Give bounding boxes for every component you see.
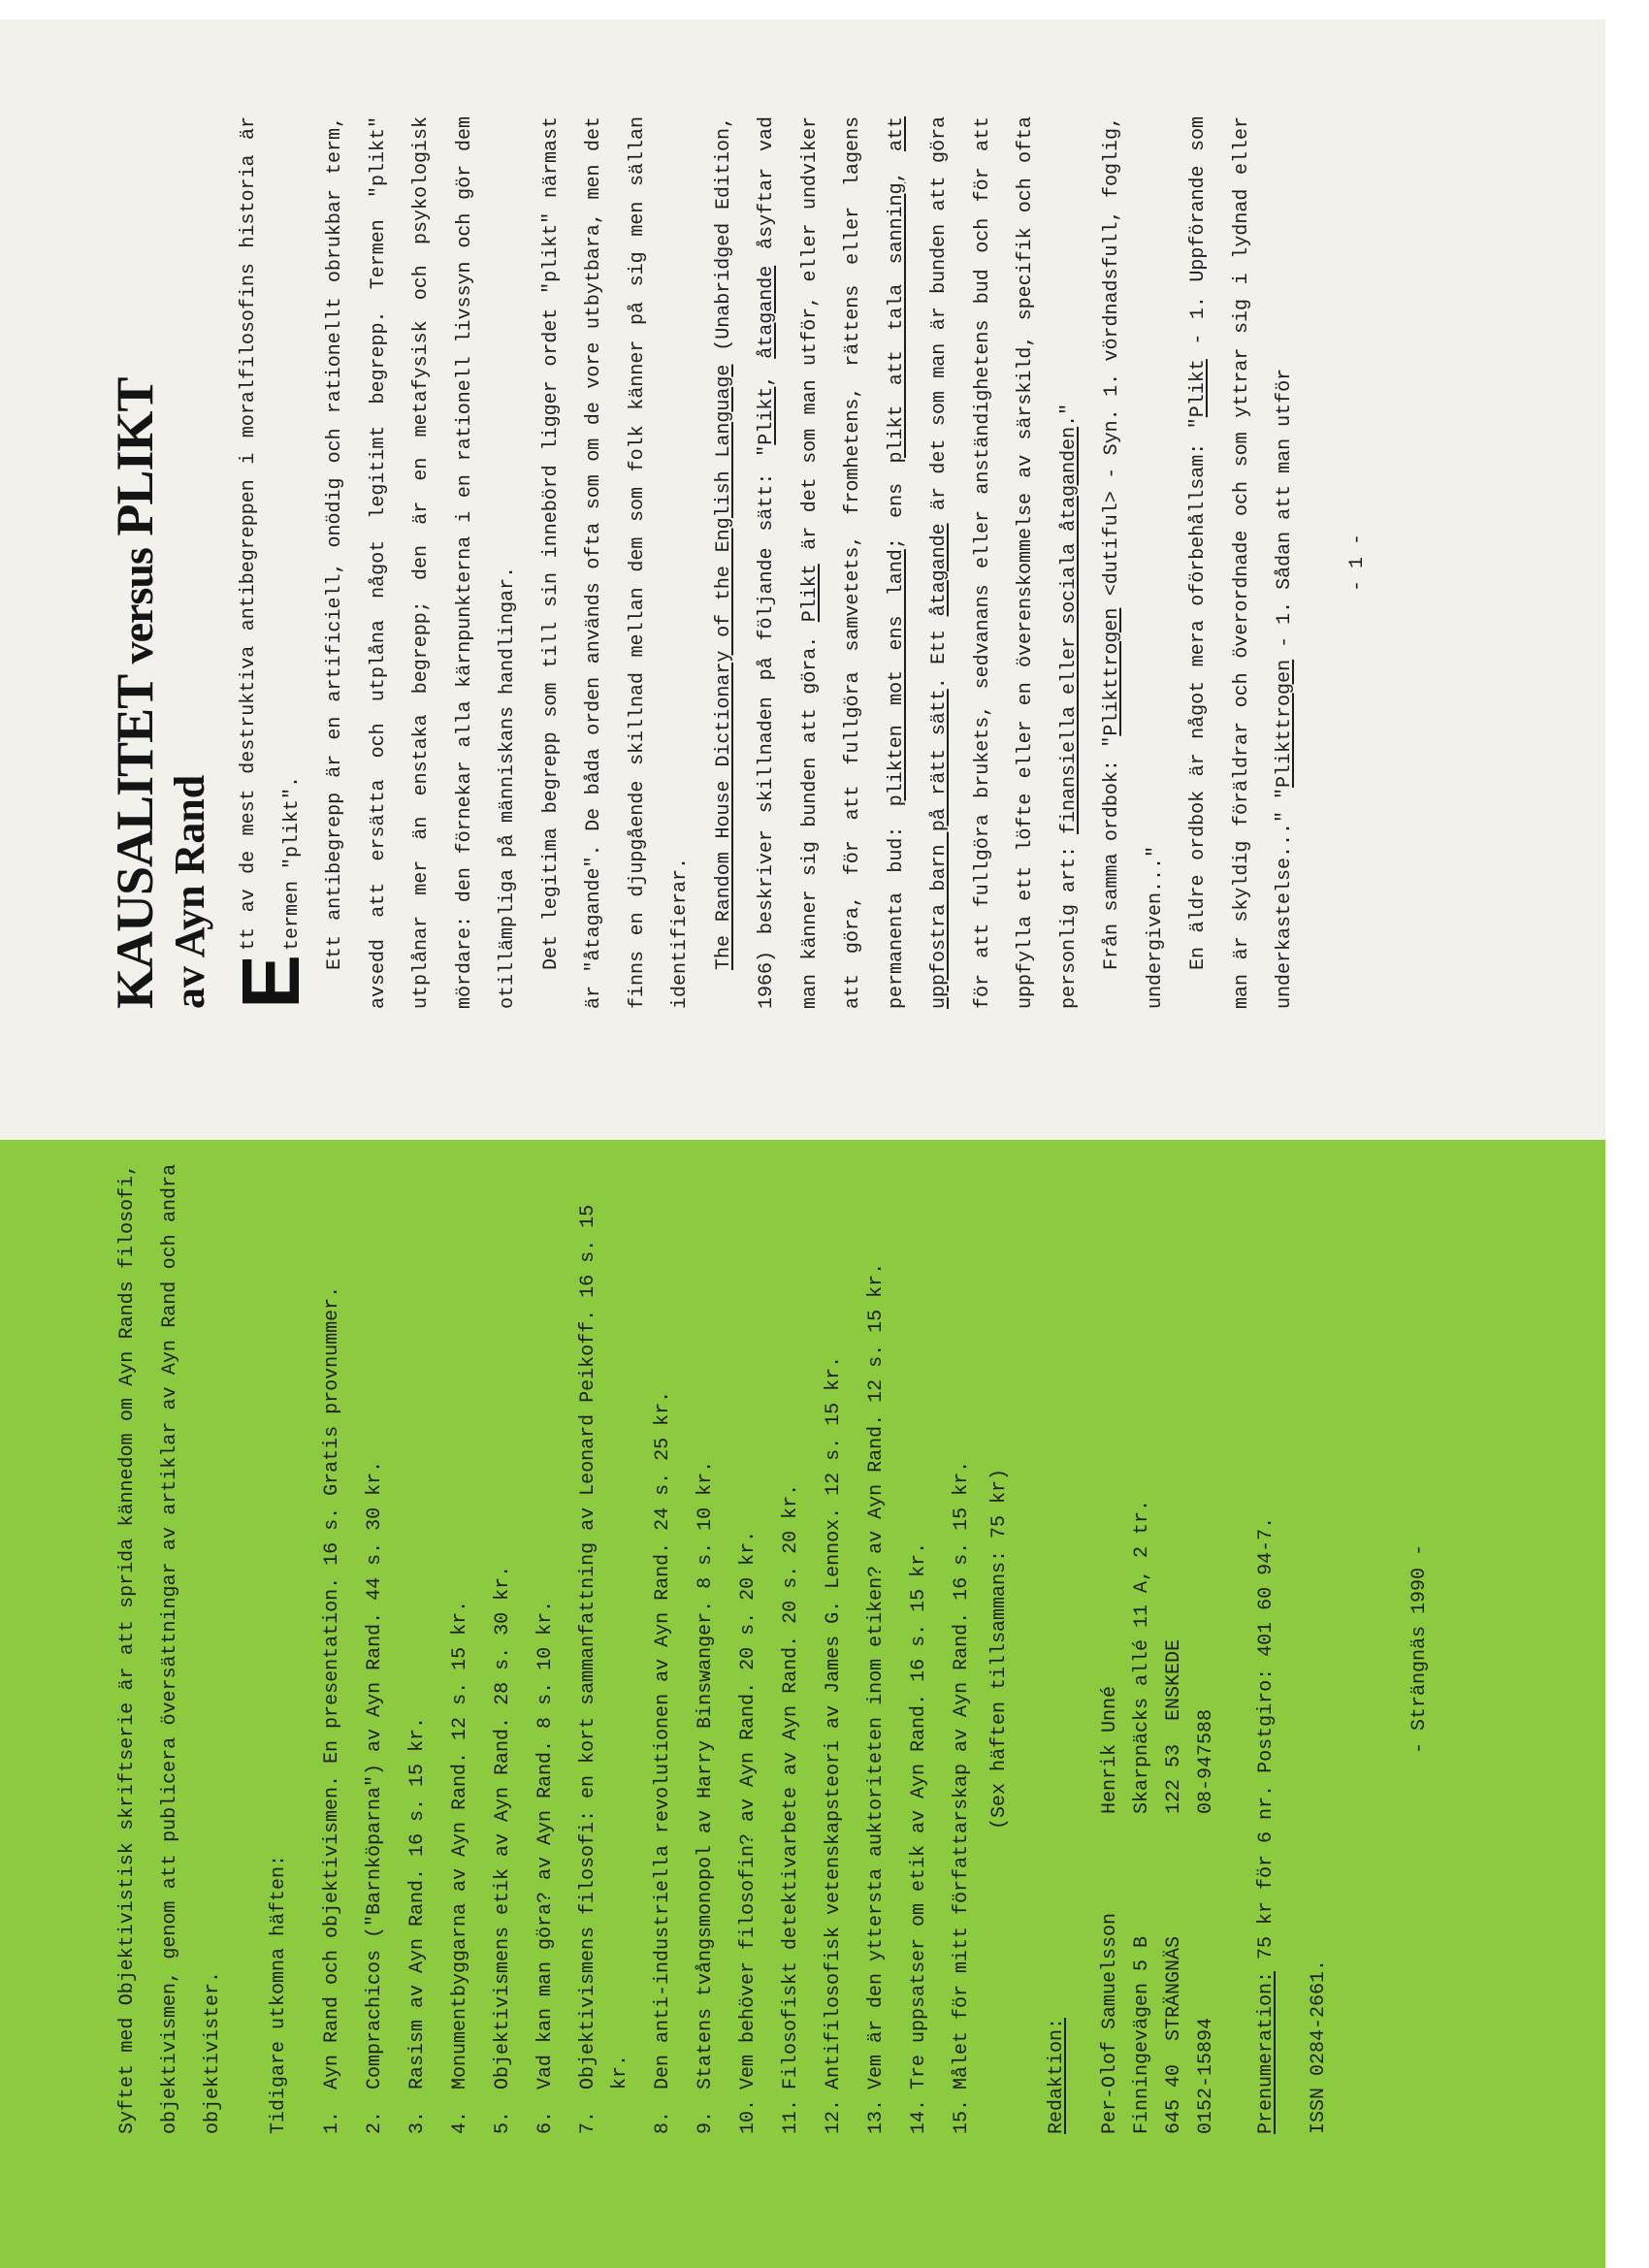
title-word-kausalitet: KAUSALITET [106,676,164,1009]
booklet-number: 7. [572,2090,636,2134]
text-span: Från samma ordbok: " [1101,736,1123,970]
booklet-item: 14.Tre uppsatser om etik av Ayn Rand. 16… [903,1164,935,2134]
booklet-number: 9. [690,2090,722,2134]
booklet-title: Tre uppsatser om etik av Ayn Rand. 16 s.… [903,1164,935,2090]
booklet-title: Monumentbyggarna av Ayn Rand. 12 s. 15 k… [444,1164,476,2090]
underlined-term: Plikt [1187,359,1210,417]
page-number: - 1 - [1346,116,1369,1009]
editor-contact: Per-Olof Samuelsson Finningevägen 5 B 64… [1094,1814,1222,2134]
text-span: En äldre ordbok är något mera oförbehåll… [1187,417,1210,970]
issn: ISSN 0284-2661. [1298,1164,1341,2134]
booklet-title: Vem behöver filosofin? av Ayn Rand. 20 s… [732,1164,764,2090]
booklet-item: 9.Statens tvångsmonopol av Harry Binswan… [690,1164,722,2134]
booklet-item: 11.Filosofiskt detektivarbete av Ayn Ran… [775,1164,807,2134]
editor-phone: 0152-15894 [1190,1814,1222,2134]
editor-contact: Henrik Unné Skarpnäcks allé 11 A, 2 tr. … [1094,1368,1222,1814]
redaktion-label-text: Redaktion: [1046,2018,1068,2134]
underlined-term: åtagande [756,266,778,359]
paragraph-5: Från samma ordbok: "Plikttrogen <dutiful… [1091,116,1178,1009]
article-page: KAUSALITET versus PLIKT av Ayn Rand Ett … [107,116,1562,1009]
booklet-title: Filosofiskt detektivarbete av Ayn Rand. … [775,1164,807,2090]
booklet-title: Antifilosofisk vetenskapsteori av James … [818,1164,850,2090]
booklet-list: 1.Ayn Rand och objektivismen. En present… [316,1164,978,2134]
booklet-title: Vad kan man göra? av Ayn Rand. 8 s. 10 k… [530,1164,562,2090]
article-title: KAUSALITET versus PLIKT [107,116,166,1009]
booklet-number: 6. [530,2090,562,2134]
booklet-number: 5. [487,2090,519,2134]
booklet-number: 8. [647,2090,679,2134]
subscription-info: Prenumeration: 75 kr för 6 nr. Postgiro:… [1245,1164,1288,2134]
booklet-title: Objektivismens filosofi: en kort sammanf… [572,1164,636,2090]
back-cover-page: Syftet med Objektivistisk skriftserie är… [107,1164,1562,2134]
underlined-term: Plikttrogen [1101,608,1123,736]
booklet-title: Ayn Rand och objektivismen. En presentat… [316,1164,348,2090]
text-span: ." [1058,404,1081,427]
booklet-item: 6.Vad kan man göra? av Ayn Rand. 8 s. 10… [530,1164,562,2134]
subscription-text: 75 kr för 6 nr. Postgiro: 401 60 94-7. [1255,1517,1277,1971]
paragraph-3: Det legitima begrepp som till sin innebö… [531,116,703,1009]
booklet-number: 3. [402,2090,434,2134]
footer-place-year: - Strängnäs 1990 - [1408,1164,1431,2134]
booklet-title: Objektivismens etik av Ayn Rand. 28 s. 3… [487,1164,519,2090]
text-span: - 1. Sådan att man utför [1274,369,1296,660]
underlined-example: plikt att tala sanning [886,182,908,463]
text-span: , [756,359,778,387]
booklet-title: Vem är den yttersta auktoriteten inom et… [860,1164,892,2090]
title-word-versus: versus [113,548,162,664]
booklet-item: 2.Comprachicos ("Barnköparna") av Ayn Ra… [359,1164,391,2134]
paragraph-1-text: tt av de mest destruktiva antibegreppen … [238,116,304,951]
booklet-item: 10.Vem behöver filosofin? av Ayn Rand. 2… [732,1164,764,2134]
booklet-title: Rasism av Ayn Rand. 16 s. 15 kr. [402,1164,434,2090]
paragraph-6: En äldre ordbok är något mera oförbehåll… [1178,116,1308,1009]
booklet-item: 15.Målet för mitt författarskap av Ayn R… [946,1164,978,2134]
paragraph-4: The Random House Dictionary of the Engli… [703,116,1092,1009]
booklet-item: 7.Objektivismens filosofi: en kort samma… [572,1164,636,2134]
paragraph-1: Ett av de mest destruktiva antibegreppen… [228,116,314,1009]
booklet-number: 1. [316,2090,348,2134]
booklet-number: 15. [946,2090,978,2134]
editor-postal: 122 53 ENSKEDE [1158,1368,1190,1814]
booklet-item: 5.Objektivismens etik av Ayn Rand. 28 s.… [487,1164,519,2134]
dictionary-title: The Random House Dictionary of the Engli… [713,365,735,970]
booklet-item: 13.Vem är den yttersta auktoriteten inom… [860,1164,892,2134]
underlined-term: Plikt [799,564,822,622]
booklet-list-heading: Tidigare utkomna häften: [258,1164,301,2134]
booklet-title: Den anti-industriella revolutionen av Ay… [647,1164,679,2090]
booklet-item: 8.Den anti-industriella revolutionen av … [647,1164,679,2134]
editor-phone: 08-947588 [1190,1368,1222,1814]
editor-contacts: Per-Olof Samuelsson Finningevägen 5 B 64… [1094,1164,1222,2134]
editor-name: Per-Olof Samuelsson [1094,1814,1126,2134]
booklet-number: 10. [732,2090,764,2134]
booklet-number: 12. [818,2090,850,2134]
editor-name: Henrik Unné [1094,1368,1126,1814]
article-byline: av Ayn Rand [166,116,214,1009]
booklet-item: 12.Antifilosofisk vetenskapsteori av Jam… [818,1164,850,2134]
booklet-item: 3.Rasism av Ayn Rand. 16 s. 15 kr. [402,1164,434,2134]
editor-street: Skarpnäcks allé 11 A, 2 tr. [1126,1368,1158,1814]
paragraph-2: Ett antibegrepp är en artificiell, onödi… [314,116,531,1009]
redaktion-label: Redaktion: [1036,1164,1079,2134]
booklet-number: 14. [903,2090,935,2134]
booklet-number: 11. [775,2090,807,2134]
underlined-example: plikten mot ens land [886,549,908,806]
underlined-term: åtagande [928,523,951,616]
booklet-title: Statens tvångsmonopol av Harry Binswange… [690,1164,722,2090]
booklet-item: 1.Ayn Rand och objektivismen. En present… [316,1164,348,2134]
title-word-plikt: PLIKT [106,378,164,536]
subscription-label: Prenumeration: [1255,1971,1277,2134]
booklet-number: 13. [860,2090,892,2134]
booklet-item: 4.Monumentbyggarna av Ayn Rand. 12 s. 15… [444,1164,476,2134]
booklet-number: 4. [444,2090,476,2134]
editor-street: Finningevägen 5 B [1126,1814,1158,2134]
booklet-number: 2. [359,2090,391,2134]
drop-cap: E [234,955,307,1009]
booklet-title: Comprachicos ("Barnköparna") av Ayn Rand… [359,1164,391,2090]
intro-text: Syftet med Objektivistisk skriftserie är… [107,1164,235,2134]
bundle-price: (Sex häften tillsammans: 75 kr) [988,1164,1011,2134]
underlined-term: Plikt [756,387,778,445]
text-span: . Ett [928,616,951,689]
editor-postal: 645 40 STRÄNGNÄS [1158,1814,1190,2134]
text-span: ; ens [886,463,908,549]
underlined-term: Plikttrogen [1274,660,1296,788]
article-body: Ett av de mest destruktiva antibegreppen… [228,116,1369,1009]
underlined-example: finansiella eller sociala åtaganden [1058,427,1081,834]
text-span: , [886,151,908,182]
booklet-title: Målet för mitt författarskap av Ayn Rand… [946,1164,978,2090]
